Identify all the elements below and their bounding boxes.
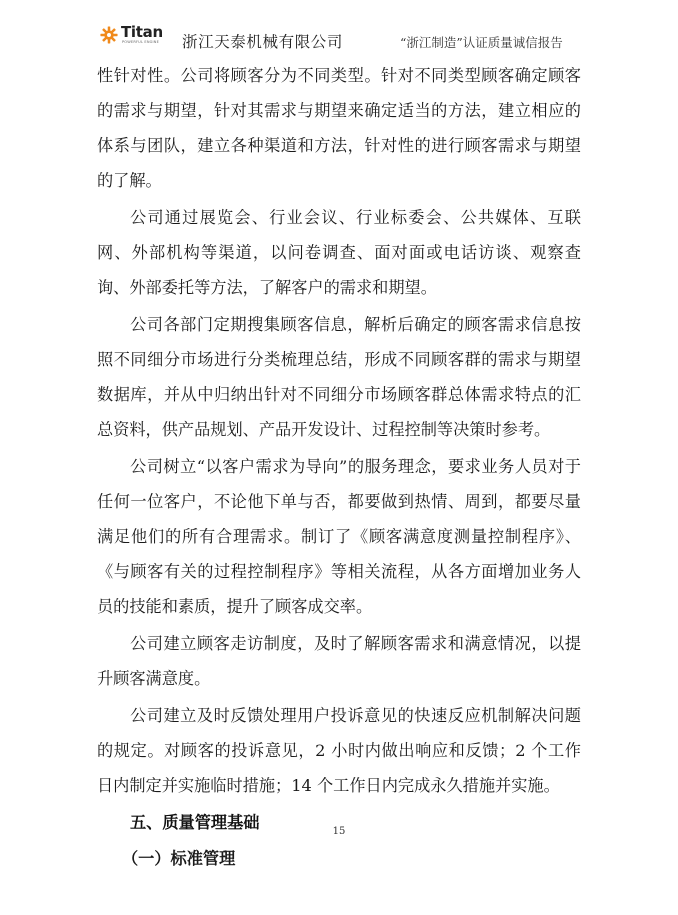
gear-icon xyxy=(100,26,118,44)
report-title: “浙江制造”认证质量诚信报告 xyxy=(400,33,563,51)
paragraph: 公司树立“以客户需求为导向”的服务理念，要求业务人员对于任何一位客户，不论他下单… xyxy=(97,449,581,624)
paragraph: 性针对性。公司将顾客分为不同类型。针对不同类型顾客确定顾客的需求与期望，针对其需… xyxy=(97,58,581,198)
paragraph: 公司建立及时反馈处理用户投诉意见的快速反应机制解决问题的规定。对顾客的投诉意见，… xyxy=(97,698,581,803)
logo-tagline: POWERFUL ENGINE xyxy=(122,40,159,44)
document-page: Titan POWERFUL ENGINE 浙江天泰机械有限公司 “浙江制造”认… xyxy=(0,0,678,915)
paragraph: 公司通过展览会、行业会议、行业标委会、公共媒体、互联网、外部机构等渠道，以问卷调… xyxy=(97,200,581,305)
page-header: Titan POWERFUL ENGINE 浙江天泰机械有限公司 “浙江制造”认… xyxy=(97,24,581,50)
company-name: 浙江天泰机械有限公司 xyxy=(182,30,343,52)
document-body: 性针对性。公司将顾客分为不同类型。针对不同类型顾客确定顾客的需求与期望，针对其需… xyxy=(97,58,581,877)
subsection-heading: （一）标准管理 xyxy=(97,841,581,877)
logo-brand: Titan xyxy=(121,23,163,41)
paragraph: 公司各部门定期搜集顾客信息，解析后确定的顾客需求信息按照不同细分市场进行分类梳理… xyxy=(97,307,581,447)
company-logo: Titan POWERFUL ENGINE xyxy=(97,24,167,46)
paragraph: 公司建立顾客走访制度，及时了解顾客需求和满意情况，以提升顾客满意度。 xyxy=(97,626,581,696)
page-number: 15 xyxy=(0,826,678,837)
